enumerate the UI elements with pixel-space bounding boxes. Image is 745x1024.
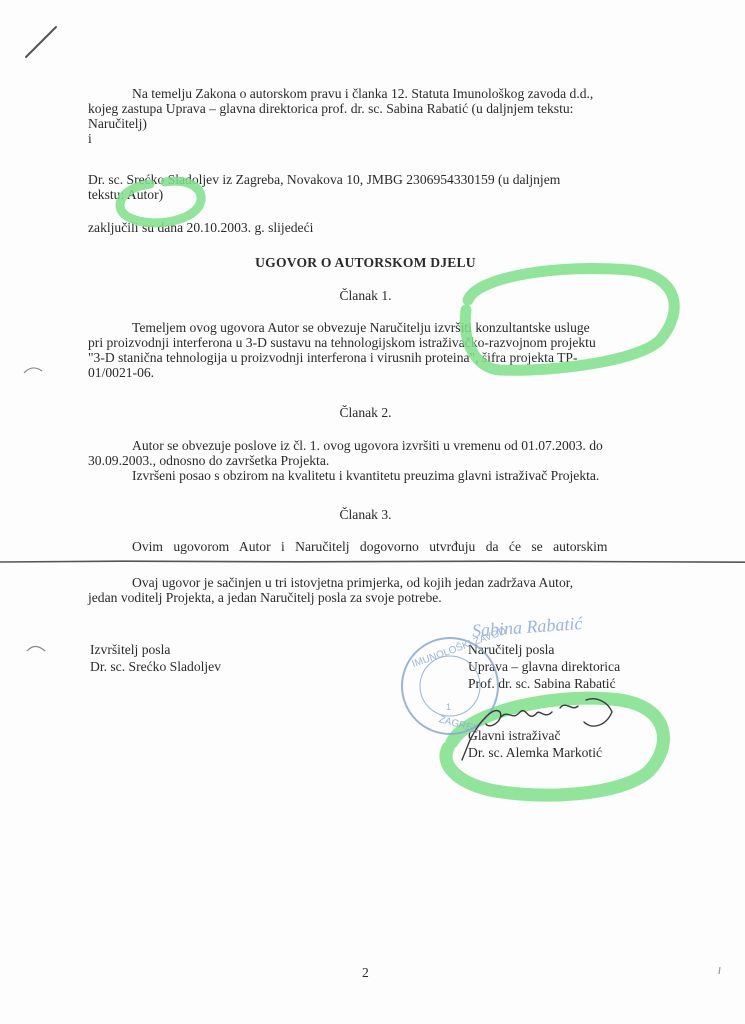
- article-1-line-3: "3-D stanična tehnologija u proizvodnji …: [88, 350, 643, 365]
- intro-conjunction: i: [88, 131, 643, 146]
- article-3-heading: Članak 3.: [88, 506, 643, 523]
- article-2-body: Autor se obvezuje poslove iz čl. 1. ovog…: [88, 438, 643, 483]
- intro-line-1: Na temelju Zakona o autorskom pravu i čl…: [88, 86, 643, 101]
- concluded-line: zaključili su dana 20.10.2003. g. slijed…: [88, 220, 643, 235]
- client-name: Prof. dr. sc. Sabina Rabatić: [468, 675, 620, 692]
- signature-researcher: Glavni istraživač Dr. sc. Alemka Markoti…: [468, 727, 602, 761]
- signature-left: Izvršitelj posla Dr. sc. Srećko Sladolje…: [90, 641, 221, 675]
- executor-name: Dr. sc. Srećko Sladoljev: [90, 658, 221, 675]
- article-1-line-2: pri proizvodnji interferona u 3-D sustav…: [88, 335, 643, 350]
- intro-line-3: Naručitelj): [88, 116, 643, 131]
- article-2-line-3: Izvršeni posao s obzirom na kvalitetu i …: [88, 468, 643, 483]
- contract-title: UGOVOR O AUTORSKOM DJELU: [88, 254, 643, 271]
- article-1-body: Temeljem ovog ugovora Autor se obvezuje …: [88, 320, 643, 380]
- document-page: Na temelju Zakona o autorskom pravu i čl…: [0, 0, 745, 1024]
- intro-paragraph: Na temelju Zakona o autorskom pravu i čl…: [88, 86, 643, 101]
- copies-line-1: Ovaj ugovor je sačinjen u tri istovjetna…: [88, 575, 643, 590]
- article-1-line-1: Temeljem ovog ugovora Autor se obvezuje …: [88, 320, 643, 335]
- author-line-1: Dr. sc. Srećko Sladoljev iz Zagreba, Nov…: [88, 172, 643, 187]
- copies-line-2: jedan voditelj Projekta, a jedan Naručit…: [88, 590, 643, 605]
- intro-line-2: kojeg zastupa Uprava – glavna direktoric…: [88, 101, 643, 116]
- author-line-2: tekstu: Autor): [88, 187, 643, 202]
- signature-client: Naručitelj posla Uprava – glavna direkto…: [468, 641, 620, 692]
- article-2-heading: Članak 2.: [88, 404, 643, 421]
- researcher-name: Dr. sc. Alemka Markotić: [468, 744, 602, 761]
- article-1-line-4: 01/0021-06.: [88, 365, 643, 380]
- copies-paragraph: Ovaj ugovor je sačinjen u tri istovjetna…: [88, 575, 643, 605]
- article-1-heading: Članak 1.: [88, 287, 643, 304]
- researcher-role: Glavni istraživač: [468, 727, 602, 744]
- client-title: Uprava – glavna direktorica: [468, 658, 620, 675]
- author-party: Dr. sc. Srećko Sladoljev iz Zagreba, Nov…: [88, 172, 643, 202]
- intro-continuation: kojeg zastupa Uprava – glavna direktoric…: [88, 101, 643, 146]
- client-role: Naručitelj posla: [468, 641, 620, 658]
- page-number: 2: [362, 964, 369, 981]
- executor-role: Izvršitelj posla: [90, 641, 221, 658]
- article-2-line-1: Autor se obvezuje poslove iz čl. 1. ovog…: [88, 438, 643, 453]
- article-2-line-2: 30.09.2003., odnosno do završetka Projek…: [88, 453, 643, 468]
- page-fold-line: [0, 553, 745, 557]
